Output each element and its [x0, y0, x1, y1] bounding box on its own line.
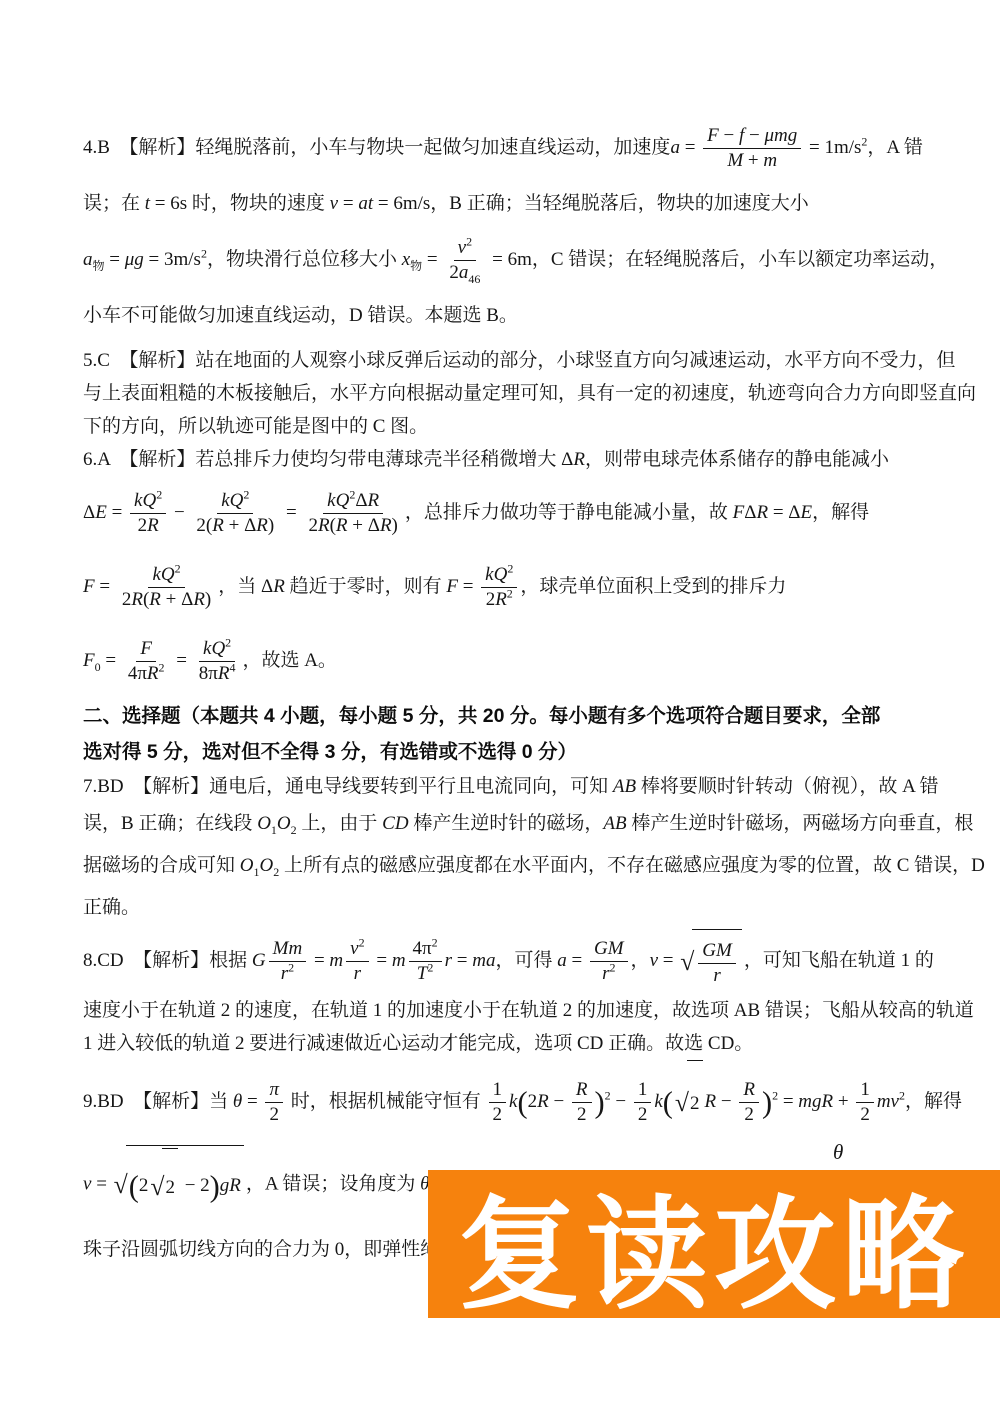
text-line: 误，B 正确；在线段 O1O2 上，由于 CD 棒产生逆时针的磁场，AB 棒产生…	[83, 803, 928, 845]
text-line: 1 进入较低的轨道 2 要进行减速做近心运动才能完成，选项 CD 正确。故选 C…	[83, 1027, 928, 1060]
theta-symbol: θ	[833, 1140, 843, 1165]
text-line: 7.BD 【解析】通电后，通电导线要转到平行且电流同向，可知 AB 棒将要顺时针…	[83, 770, 928, 803]
watermark-label: 复读攻略	[458, 1170, 970, 1318]
text-line: 误；在 t = 6s 时，物块的速度 v = at = 6m/s，B 正确；当轻…	[83, 176, 928, 232]
fraction: v2r	[346, 938, 368, 985]
text-line: 5.C 【解析】站在地面的人观察小球反弹后运动的部分，小球竖直方向匀减速运动，水…	[83, 344, 928, 377]
fraction: GMr	[698, 940, 736, 987]
fraction: GMr2	[590, 938, 628, 985]
fraction: kQ2ΔR2R(R + ΔR)	[304, 490, 401, 537]
fraction: kQ22(R + ΔR)	[192, 490, 278, 537]
fraction: v22a46	[445, 237, 484, 284]
fraction: F − f − μmgM + m	[703, 125, 801, 172]
square-root: √2	[675, 1060, 703, 1145]
text-line: 下的方向，所以轨迹可能是图中的 C 图。	[83, 410, 928, 443]
text-line: 与上表面粗糙的木板接触后，水平方向根据动量定理可知，具有一定的初速度，轨迹弯向合…	[83, 377, 928, 410]
fraction: kQ28πR4	[195, 638, 240, 685]
watermark-banner: 复读攻略	[428, 1170, 1000, 1318]
document-content: 4.B 【解析】轻绳脱落前，小车与物块一起做匀加速直线运动，加速度a = F −…	[83, 120, 928, 1275]
text-line: 4.B 【解析】轻绳脱落前，小车与物块一起做匀加速直线运动，加速度a = F −…	[83, 120, 928, 176]
text-line: 小车不可能做匀加速直线运动，D 错误。本题选 B。	[83, 288, 928, 344]
text-line: 正确。	[83, 887, 928, 929]
fraction: R2	[739, 1079, 759, 1126]
fraction: Mmr2	[269, 938, 307, 985]
square-root: √2	[150, 1148, 178, 1225]
fraction: 12	[489, 1079, 507, 1126]
answer-key-page: { "page": { "background": "#ffffff", "te…	[0, 0, 1000, 1414]
text-line: 据磁场的合成可知 O1O2 上所有点的磁感应强度都在水平面内，不存在磁感应强度为…	[83, 845, 928, 887]
square-root: √(2√2 − 2)gR	[114, 1145, 244, 1225]
text-line: 6.A 【解析】若总排斥力使均匀带电薄球壳半径稍微增大 ΔR，则带电球壳体系储存…	[83, 443, 928, 476]
fraction: kQ22R2	[481, 564, 517, 611]
text-line: F = kQ22R(R + ΔR)，当 ΔR 趋近于零时，则有 F = kQ22…	[83, 550, 928, 624]
fraction: π2	[265, 1079, 283, 1126]
text-line: ΔE = kQ22R − kQ22(R + ΔR) = kQ2ΔR2R(R + …	[83, 476, 928, 550]
text-line: a物 = μg = 3m/s2，物块滑行总位移大小 x物 = v22a46 = …	[83, 232, 928, 288]
fraction: 4π2T2	[409, 938, 442, 985]
fraction: 12	[856, 1079, 874, 1126]
fraction: kQ22R(R + ΔR)	[118, 564, 215, 611]
square-root: √GMr	[680, 929, 742, 994]
fraction: 12	[634, 1079, 652, 1126]
text-line: F0 = F4πR2 = kQ28πR4，故选 A。	[83, 624, 928, 698]
fraction: R2	[572, 1079, 592, 1126]
fraction: kQ22R	[130, 490, 166, 537]
text-line: 9.BD 【解析】当 θ = π2 时，根据机械能守恒有 12k(2R − R2…	[83, 1060, 928, 1145]
text-line: 选对得 5 分，选对但不全得 3 分，有选错或不选得 0 分）	[83, 734, 928, 770]
fraction: F4πR2	[124, 638, 169, 685]
text-line: 速度小于在轨道 2 的速度，在轨道 1 的加速度小于在轨道 2 的加速度，故选项…	[83, 994, 928, 1027]
text-line: 二、选择题（本题共 4 小题，每小题 5 分，共 20 分。每小题有多个选项符合…	[83, 698, 928, 734]
text-line: 8.CD 【解析】根据 GMmr2 = mv2r = m4π2T2r = ma，…	[83, 929, 928, 994]
